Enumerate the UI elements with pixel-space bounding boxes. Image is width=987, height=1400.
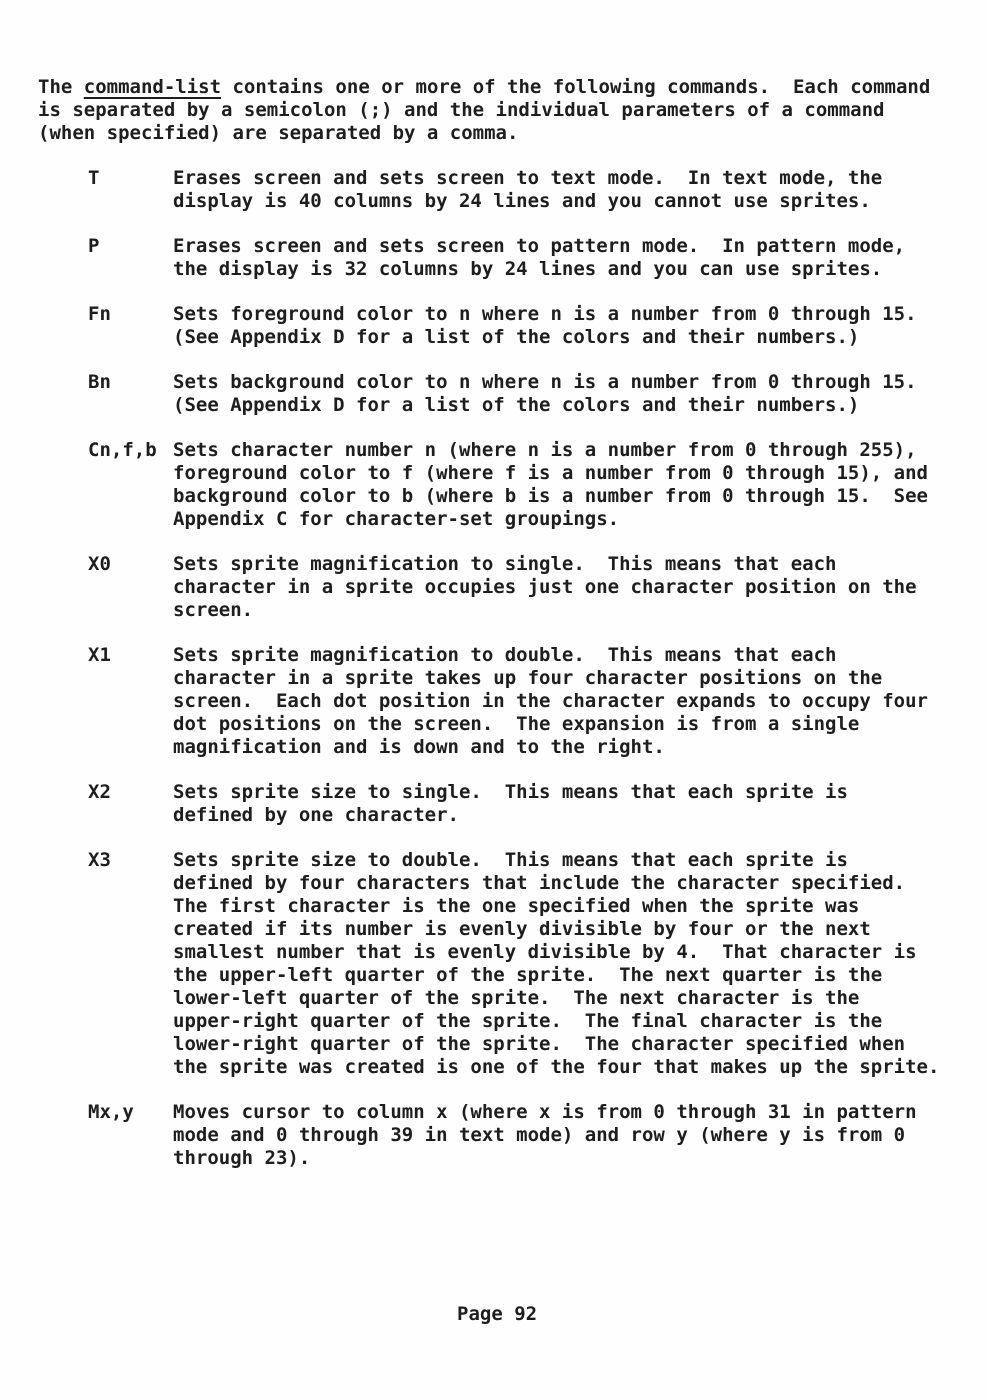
text-line: background color to b (where b is a numb… <box>173 485 939 508</box>
intro-line-1: The command-list contains one or more of… <box>38 76 939 99</box>
intro-line-1-post: contains one or more of the following co… <box>221 76 930 98</box>
command-desc-fn: Sets foreground color to n where n is a … <box>173 303 939 349</box>
text-line: magnification and is down and to the rig… <box>173 736 939 759</box>
text-line: Sets character number n (where n is a nu… <box>173 439 939 462</box>
text-line: dot positions on the screen. The expansi… <box>173 713 939 736</box>
intro-line-3: (when specified) are separated by a comm… <box>38 122 939 145</box>
text-line: lower-right quarter of the sprite. The c… <box>173 1033 939 1056</box>
intro-paragraph: The command-list contains one or more of… <box>38 76 939 145</box>
intro-line-1-pre: The <box>38 76 84 98</box>
text-line: screen. Each dot position in the charact… <box>173 690 939 713</box>
command-label-x0: X0 <box>38 553 173 622</box>
page-number: Page 92 <box>457 1303 537 1326</box>
command-entry-cnfb: Cn,f,b Sets character number n (where n … <box>38 439 939 531</box>
text-line: the display is 32 columns by 24 lines an… <box>173 258 939 281</box>
command-label-bn: Bn <box>38 371 173 417</box>
command-list-term: command-list <box>84 76 221 98</box>
command-label-p: P <box>38 235 173 281</box>
command-desc-x1: Sets sprite magnification to double. Thi… <box>173 644 939 759</box>
text-line: Appendix C for character-set groupings. <box>173 508 939 531</box>
command-entry-mxy: Mx,y Moves cursor to column x (where x i… <box>38 1101 939 1170</box>
text-line: (See Appendix D for a list of the colors… <box>173 326 939 349</box>
command-label-cnfb: Cn,f,b <box>38 439 173 531</box>
command-desc-x2: Sets sprite size to single. This means t… <box>173 781 939 827</box>
command-label-x2: X2 <box>38 781 173 827</box>
command-label-x3: X3 <box>38 849 173 1079</box>
text-line: Sets sprite size to single. This means t… <box>173 781 939 804</box>
text-line: Sets background color to n where n is a … <box>173 371 939 394</box>
text-line: created if its number is evenly divisibl… <box>173 918 939 941</box>
text-line: character in a sprite takes up four char… <box>173 667 939 690</box>
text-line: upper-right quarter of the sprite. The f… <box>173 1010 939 1033</box>
text-line: Sets foreground color to n where n is a … <box>173 303 939 326</box>
command-label-mxy: Mx,y <box>38 1101 173 1170</box>
text-line: the upper-left quarter of the sprite. Th… <box>173 964 939 987</box>
text-line: the sprite was created is one of the fou… <box>173 1056 939 1079</box>
text-line: Erases screen and sets screen to pattern… <box>173 235 939 258</box>
text-line: display is 40 columns by 24 lines and yo… <box>173 190 939 213</box>
text-line: defined by four characters that include … <box>173 872 939 895</box>
command-desc-x0: Sets sprite magnification to single. Thi… <box>173 553 939 622</box>
text-line: foreground color to f (where f is a numb… <box>173 462 939 485</box>
text-line: screen. <box>173 599 939 622</box>
command-desc-x3: Sets sprite size to double. This means t… <box>173 849 939 1079</box>
command-entry-p: P Erases screen and sets screen to patte… <box>38 235 939 281</box>
command-entry-x2: X2 Sets sprite size to single. This mean… <box>38 781 939 827</box>
command-desc-t: Erases screen and sets screen to text mo… <box>173 167 939 213</box>
text-line: defined by one character. <box>173 804 939 827</box>
page-content: The command-list contains one or more of… <box>38 76 939 1192</box>
text-line: (See Appendix D for a list of the colors… <box>173 394 939 417</box>
command-entry-t: T Erases screen and sets screen to text … <box>38 167 939 213</box>
text-line: Moves cursor to column x (where x is fro… <box>173 1101 939 1124</box>
text-line: smallest number that is evenly divisible… <box>173 941 939 964</box>
command-desc-mxy: Moves cursor to column x (where x is fro… <box>173 1101 939 1170</box>
text-line: Sets sprite magnification to single. Thi… <box>173 553 939 576</box>
command-desc-bn: Sets background color to n where n is a … <box>173 371 939 417</box>
text-line: Sets sprite size to double. This means t… <box>173 849 939 872</box>
command-desc-p: Erases screen and sets screen to pattern… <box>173 235 939 281</box>
intro-line-2: is separated by a semicolon (;) and the … <box>38 99 939 122</box>
command-entry-x3: X3 Sets sprite size to double. This mean… <box>38 849 939 1079</box>
manual-page: The command-list contains one or more of… <box>0 0 987 1400</box>
command-desc-cnfb: Sets character number n (where n is a nu… <box>173 439 939 531</box>
text-line: The first character is the one specified… <box>173 895 939 918</box>
command-entry-x1: X1 Sets sprite magnification to double. … <box>38 644 939 759</box>
text-line: character in a sprite occupies just one … <box>173 576 939 599</box>
command-entry-bn: Bn Sets background color to n where n is… <box>38 371 939 417</box>
text-line: Sets sprite magnification to double. Thi… <box>173 644 939 667</box>
command-entry-fn: Fn Sets foreground color to n where n is… <box>38 303 939 349</box>
text-line: Erases screen and sets screen to text mo… <box>173 167 939 190</box>
command-label-fn: Fn <box>38 303 173 349</box>
command-label-t: T <box>38 167 173 213</box>
command-label-x1: X1 <box>38 644 173 759</box>
text-line: through 23). <box>173 1147 939 1170</box>
command-entry-x0: X0 Sets sprite magnification to single. … <box>38 553 939 622</box>
text-line: lower-left quarter of the sprite. The ne… <box>173 987 939 1010</box>
text-line: mode and 0 through 39 in text mode) and … <box>173 1124 939 1147</box>
